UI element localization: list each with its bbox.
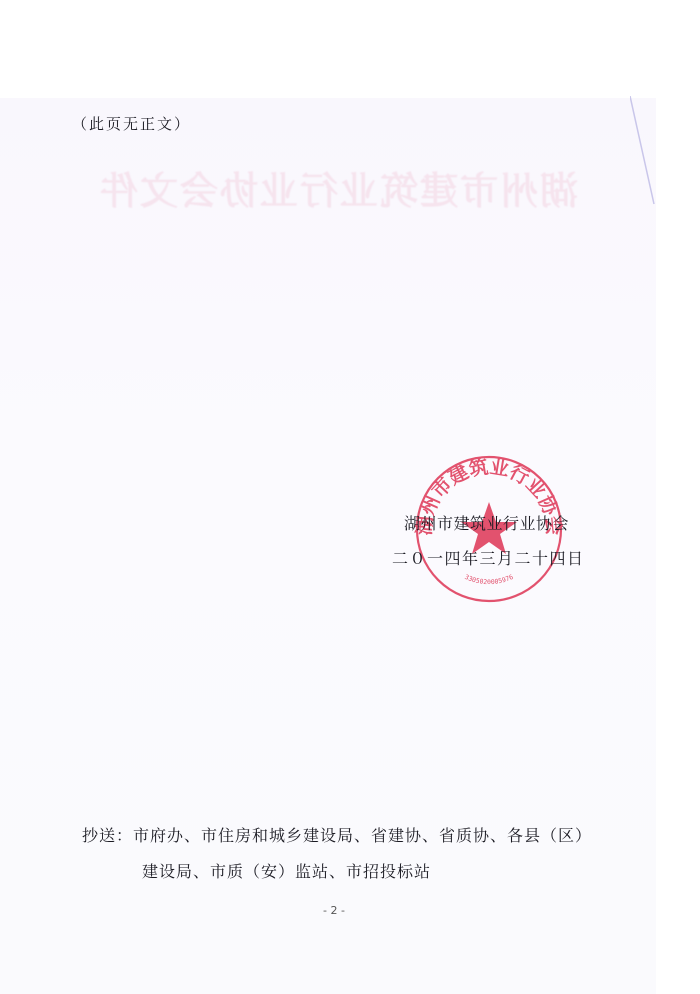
signature-date: 二０一四年三月二十四日 <box>392 546 585 569</box>
stamp-serial: 3305020005976 <box>463 573 514 586</box>
cc-recipients-line-2: 建设局、市质（安）监站、市招投标站 <box>82 854 592 890</box>
cc-distribution: 抄送：市府办、市住房和城乡建设局、省建协、省质协、各县（区） 建设局、市质（安）… <box>82 818 592 890</box>
signature-organization: 湖州市建筑业行业协会 <box>404 511 569 534</box>
no-body-note: （此页无正文） <box>72 113 191 134</box>
cc-label: 抄送： <box>82 826 133 845</box>
page-number: - 2 - <box>323 904 345 917</box>
cc-recipients-line-1: 市府办、市住房和城乡建设局、省建协、省质协、各县（区） <box>133 826 592 845</box>
